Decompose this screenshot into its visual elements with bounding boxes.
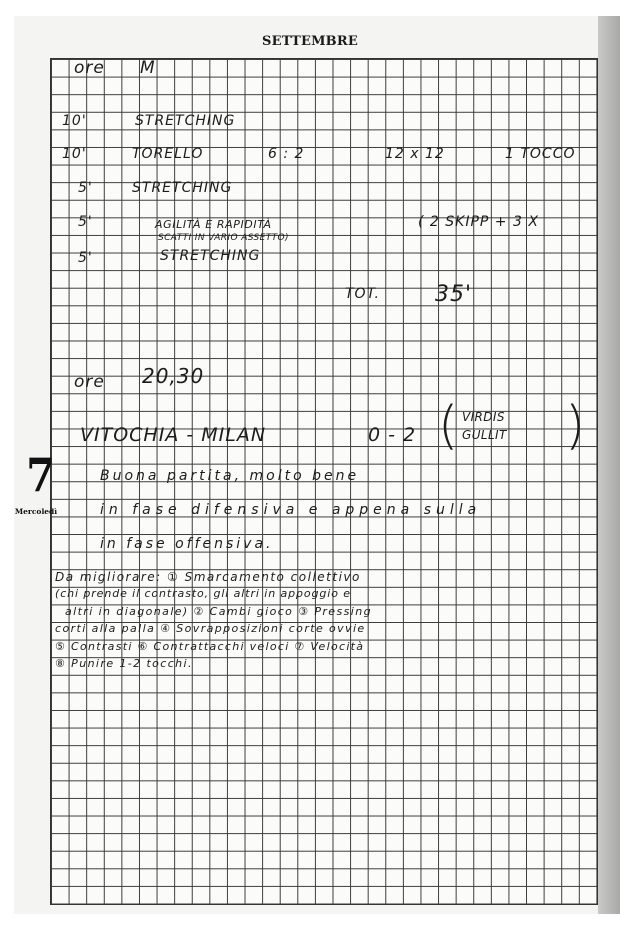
item-activity: TORELLO: [132, 146, 203, 162]
item-activity: AGILITÀ E RAPIDITÀ: [155, 218, 272, 231]
item-detail: 1 TOCCO: [505, 146, 576, 162]
scorer: VIRDIS: [462, 410, 505, 424]
improvement-line: corti alla palla ④ Sovrapposizioni corte…: [55, 622, 366, 635]
item-duration: 5': [78, 250, 93, 266]
match-note: in fase difensiva e appena sulla: [100, 502, 481, 518]
weekday-label: Mercoledì: [14, 507, 58, 516]
total-value: 35': [435, 282, 472, 307]
match-note: Buona partita, molto bene: [100, 468, 359, 484]
match-time-prefix: ore: [74, 372, 105, 392]
item-activity: STRETCHING: [132, 180, 232, 196]
scorers-open-paren: (: [438, 400, 459, 452]
item-activity: STRETCHING: [160, 248, 260, 264]
month-header: SETTEMBRE: [0, 34, 620, 49]
improvement-line: altri in diagonale) ② Cambi gioco ③ Pres…: [65, 605, 372, 618]
match-score: 0 - 2: [368, 424, 416, 446]
scorers-close-paren: ): [565, 400, 586, 452]
improvement-line: Da migliorare: ① Smarcamento collettivo: [55, 570, 361, 584]
match-note: in fase offensiva.: [100, 536, 274, 552]
improvement-line: ⑤ Contrasti ⑥ Contrattacchi veloci ⑦ Vel…: [55, 640, 364, 653]
scorer: GULLIT: [462, 428, 507, 442]
match-title: VITOCHIA - MILAN: [80, 424, 266, 446]
page-binding-shadow: [598, 16, 620, 914]
item-note: SCATTI IN VARIO ASSETTO): [158, 233, 289, 243]
item-duration: 10': [62, 146, 87, 162]
item-duration: 5': [78, 180, 93, 196]
item-detail: 12 x 12: [385, 146, 445, 162]
day-number: 7: [26, 452, 46, 498]
match-time: 20,30: [142, 364, 204, 388]
item-duration: 10': [62, 113, 87, 129]
improvement-line: (chi prende il contrasto, gli altri in a…: [55, 587, 351, 600]
total-label: TOT.: [345, 286, 380, 302]
improvement-line: ⑧ Punire 1-2 tocchi.: [55, 657, 193, 670]
item-duration: 5': [78, 214, 93, 230]
item-detail: 6 : 2: [268, 146, 304, 162]
session-time-label: M: [140, 58, 156, 78]
item-detail: ( 2 SKIPP + 3 X: [418, 214, 539, 230]
session-prefix: ore: [74, 58, 105, 78]
item-activity: STRETCHING: [135, 113, 235, 129]
